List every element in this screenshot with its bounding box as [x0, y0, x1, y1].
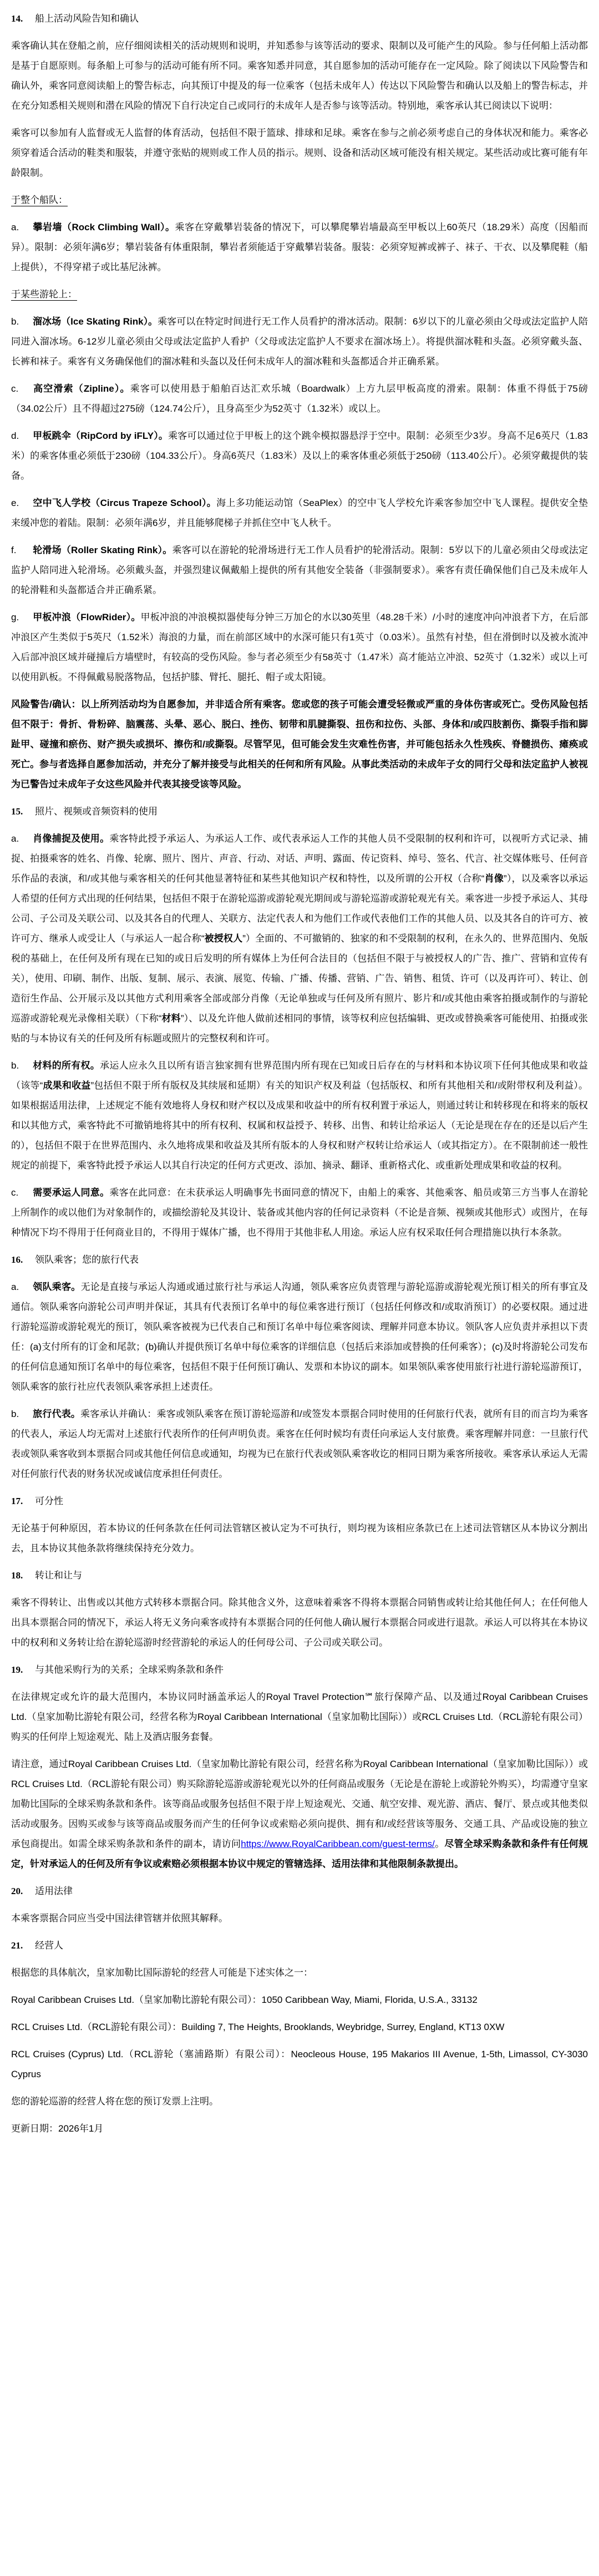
body-text: ”）全面的、不可撤销的、独家的和不受限制的权利，在永久的、世界范围内、免版税的基…	[11, 933, 588, 1024]
body-text: 无论基于何种原因，若本协议的任何条款在任何司法管辖区被认定为不可执行，则均视为该…	[11, 1523, 588, 1553]
bold-text: 空中飞人学校（Circus Trapeze School）。	[33, 498, 216, 508]
bold-text: 旅行代表。	[33, 1409, 80, 1419]
section-number: 21.	[11, 1936, 35, 1956]
body-text: 。	[435, 1839, 445, 1849]
underlined-subheading-text: 于某些游轮上：	[11, 289, 77, 300]
section-heading: 20.适用法律	[11, 1881, 588, 1901]
section-heading: 18.转让和让与	[11, 1566, 588, 1586]
section-number: 18.	[11, 1566, 35, 1586]
paragraph: 本乘客票据合同应当受中国法律管辖并依照其解释。	[11, 1909, 588, 1929]
bold-text: 领队乘客。	[33, 1282, 81, 1292]
paragraph: 乘客可以参加有人监督或无人监督的体育活动，包括但不限于篮球、排球和足球。乘客在参…	[11, 123, 588, 183]
section-heading: 15.照片、视频或音频资料的使用	[11, 802, 588, 822]
bold-text: 需要承运人同意。	[33, 1187, 109, 1198]
bold-text: 材料的所有权。	[33, 1060, 100, 1071]
list-item-letter: d.	[11, 426, 33, 446]
body-text: 在法律规定或允许的最大范围内，本协议同时涵盖承运人的Royal Travel P…	[11, 1692, 588, 1742]
body-text: 乘客承认并确认：乘客或领队乘客在预订游轮巡游和/或签发本票据合同时使用的任何旅行…	[11, 1409, 588, 1479]
list-item: f.轮滑场（Roller Skating Rink）。乘客可以在游轮的轮滑场进行…	[11, 540, 588, 600]
section-heading: 19.与其他采购行为的关系；全球采购条款和条件	[11, 1660, 588, 1680]
body-text: 甲板冲浪的冲浪模拟器使每分钟三万加仑的水以30英里（48.28千米）/小时的速度…	[11, 612, 588, 682]
body-text: 乘客可以参加有人监督或无人监督的体育活动，包括但不限于篮球、排球和足球。乘客在参…	[11, 128, 588, 178]
body-text: RCL Cruises Ltd.（RCL游轮有限公司）：Building 7, …	[11, 2022, 504, 2032]
list-item-letter: c.	[11, 1183, 33, 1203]
section-title: 可分性	[35, 1496, 63, 1506]
list-item-letter: a.	[11, 1277, 33, 1297]
guest-terms-link[interactable]: https://www.RoyalCaribbean.com/guest-ter…	[241, 1839, 435, 1849]
paragraph: 无论基于何种原因，若本协议的任何条款在任何司法管辖区被认定为不可执行，则均视为该…	[11, 1519, 588, 1558]
list-item-letter: g.	[11, 608, 33, 627]
section-heading: 16.领队乘客；您的旅行代表	[11, 1250, 588, 1270]
bold-text: 风险警告/确认：以上所列活动均为自愿参加，并非适合所有乘客。您或您的孩子可能会遭…	[11, 699, 588, 789]
section-heading: 21.经营人	[11, 1936, 588, 1956]
paragraph: 请注意，通过Royal Caribbean Cruises Ltd.（皇家加勒比…	[11, 1754, 588, 1874]
underlined-subheading-text: 于整个船队：	[11, 195, 68, 205]
list-item: g.甲板冲浪（FlowRider）。甲板冲浪的冲浪模拟器使每分钟三万加仑的水以3…	[11, 608, 588, 687]
list-item: c.需要承运人同意。乘客在此同意：在未获承运人明确事先书面同意的情况下，由船上的…	[11, 1183, 588, 1243]
bold-text: 材料	[161, 1013, 180, 1024]
list-item-letter: b.	[11, 312, 33, 332]
bold-text: 高空滑索（Zipline）。	[33, 383, 130, 394]
body-text: 本乘客票据合同应当受中国法律管辖并依照其解释。	[11, 1913, 228, 1924]
section-number: 19.	[11, 1660, 35, 1680]
body-text: ”包括但不限于所有版权及其续展和延期）有关的知识产权及利益（包括版权、和所有其他…	[11, 1080, 588, 1171]
list-item-letter: a.	[11, 829, 33, 849]
bold-text: 肖像	[484, 873, 504, 884]
bold-text: 轮滑场（Roller Skating Rink）。	[33, 545, 172, 555]
bold-text: 甲板冲浪（FlowRider）。	[33, 612, 141, 623]
list-item-letter: f.	[11, 540, 33, 560]
bold-text: 甲板跳伞（RipCord by iFLY）。	[33, 431, 168, 441]
section-number: 17.	[11, 1491, 35, 1511]
list-item-letter: e.	[11, 493, 33, 513]
section-title: 经营人	[35, 1940, 63, 1951]
paragraph: Royal Caribbean Cruises Ltd.（皇家加勒比游轮有限公司…	[11, 1990, 588, 2010]
body-text: 请注意，通过Royal Caribbean Cruises Ltd.（皇家加勒比…	[11, 1759, 588, 1849]
section-heading: 17.可分性	[11, 1491, 588, 1511]
underlined-subheading: 于整个船队：	[11, 190, 588, 210]
list-item-letter: c.	[11, 379, 33, 399]
section-number: 20.	[11, 1881, 35, 1901]
list-item: d.甲板跳伞（RipCord by iFLY）。乘客可以通过位于甲板上的这个跳伞…	[11, 426, 588, 486]
body-text: 乘客不得转让、出售或以其他方式转移本票据合同。除其他含义外，这意味着乘客不得将本…	[11, 1597, 588, 1648]
section-number: 15.	[11, 802, 35, 822]
paragraph: RCL Cruises Ltd.（RCL游轮有限公司）：Building 7, …	[11, 2017, 588, 2037]
underlined-subheading: 于某些游轮上：	[11, 285, 588, 305]
paragraph: 在法律规定或允许的最大范围内，本协议同时涵盖承运人的Royal Travel P…	[11, 1687, 588, 1747]
body-text: 乘客确认其在登船之前，应仔细阅读相关的活动规则和说明，并知悉参与该等活动的要求、…	[11, 41, 588, 111]
list-item: a.领队乘客。无论是直接与承运人沟通或通过旅行社与承运人沟通，领队乘客应负责管理…	[11, 1277, 588, 1397]
body-text: 您的游轮巡游的经营人将在您的预订发票上注明。	[11, 2096, 219, 2107]
list-item: a.攀岩墙（Rock Climbing Wall）。乘客在穿戴攀岩装备的情况下，…	[11, 217, 588, 277]
section-heading: 14.船上活动风险告知和确认	[11, 9, 588, 29]
paragraph: 根据您的具体航次，皇家加勒比国际游轮的经营人可能是下述实体之一：	[11, 1963, 588, 1983]
section-title: 与其他采购行为的关系；全球采购条款和条件	[35, 1664, 224, 1675]
section-title: 照片、视频或音频资料的使用	[35, 806, 158, 817]
paragraph: 乘客确认其在登船之前，应仔细阅读相关的活动规则和说明，并知悉参与该等活动的要求、…	[11, 36, 588, 116]
list-item-letter: a.	[11, 217, 33, 237]
list-item: e.空中飞人学校（Circus Trapeze School）。海上多功能运动馆…	[11, 493, 588, 533]
bold-text: 肖像捕捉及使用。	[33, 833, 109, 844]
body-text: 更新日期：2026年1月	[11, 2123, 103, 2134]
list-item-letter: b.	[11, 1404, 33, 1424]
list-item: b.材料的所有权。承运人应永久且以所有语言独家拥有世界范围内所有现在已知或日后存…	[11, 1056, 588, 1176]
section-number: 16.	[11, 1250, 35, 1270]
section-title: 转让和让与	[35, 1570, 82, 1581]
document-body: 14.船上活动风险告知和确认乘客确认其在登船之前，应仔细阅读相关的活动规则和说明…	[0, 0, 599, 2154]
paragraph: 乘客不得转让、出售或以其他方式转移本票据合同。除其他含义外，这意味着乘客不得将本…	[11, 1593, 588, 1653]
bold-text: 被授权人	[205, 933, 243, 944]
body-text: Royal Caribbean Cruises Ltd.（皇家加勒比游轮有限公司…	[11, 1995, 478, 2005]
body-text: 无论是直接与承运人沟通或通过旅行社与承运人沟通，领队乘客应负责管理与游轮巡游或游…	[11, 1282, 588, 1392]
paragraph: 您的游轮巡游的经营人将在您的预订发票上注明。	[11, 2092, 588, 2112]
list-item: b.旅行代表。乘客承认并确认：乘客或领队乘客在预订游轮巡游和/或签发本票据合同时…	[11, 1404, 588, 1484]
list-item: b.溜冰场（Ice Skating Rink）。乘客可以在特定时间进行无工作人员…	[11, 312, 588, 372]
section-number: 14.	[11, 9, 35, 29]
list-item-letter: b.	[11, 1056, 33, 1076]
paragraph: 更新日期：2026年1月	[11, 2119, 588, 2139]
body-text: RCL Cruises (Cyprus) Ltd.（RCL游轮（塞浦路斯）有限公…	[11, 2049, 588, 2079]
list-item: a.肖像捕捉及使用。乘客特此授予承运人、为承运人工作、或代表承运人工作的其他人员…	[11, 829, 588, 1049]
bold-text: 成果和收益	[43, 1080, 90, 1091]
paragraph: RCL Cruises (Cyprus) Ltd.（RCL游轮（塞浦路斯）有限公…	[11, 2044, 588, 2084]
bold-text: 溜冰场（Ice Skating Rink）。	[33, 316, 158, 327]
section-title: 船上活动风险告知和确认	[35, 13, 139, 24]
section-title: 适用法律	[35, 1886, 73, 1896]
paragraph: 风险警告/确认：以上所列活动均为自愿参加，并非适合所有乘客。您或您的孩子可能会遭…	[11, 695, 588, 794]
bold-text: 攀岩墙（Rock Climbing Wall）。	[33, 222, 175, 232]
section-title: 领队乘客；您的旅行代表	[35, 1254, 139, 1265]
list-item: c.高空滑索（Zipline）。乘客可以使用悬于船舶百达汇欢乐城（Boardwa…	[11, 379, 588, 419]
body-text: 根据您的具体航次，皇家加勒比国际游轮的经营人可能是下述实体之一：	[11, 1967, 313, 1978]
